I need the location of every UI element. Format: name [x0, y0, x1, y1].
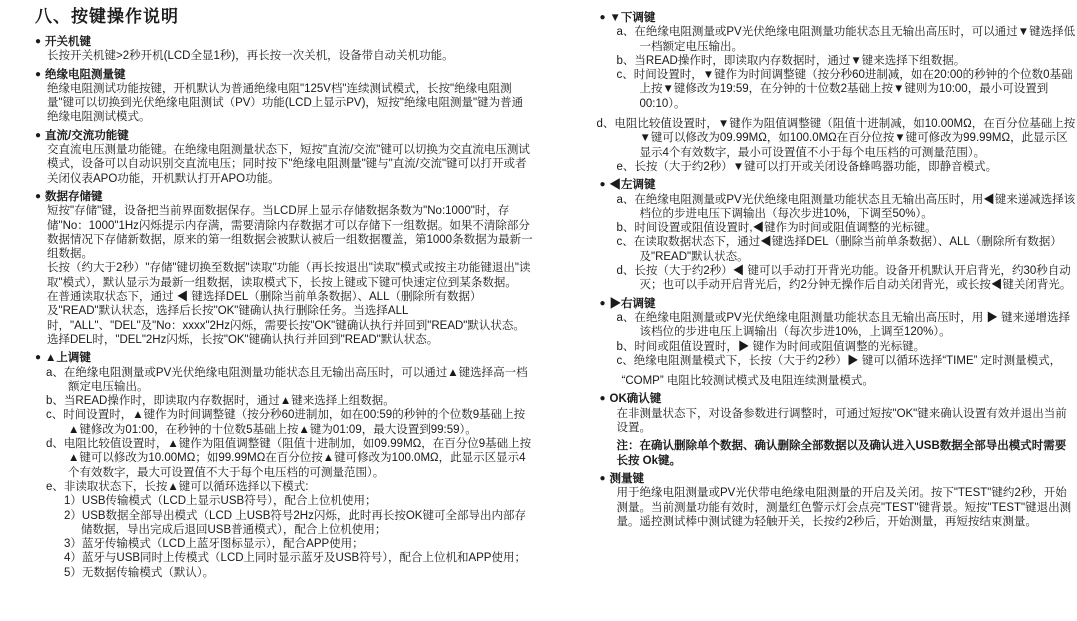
bullet-icon: ● [599, 472, 605, 486]
page-title: 八、按键操作说明 [35, 6, 534, 28]
section-title: 绝缘电阻测量键 [45, 69, 126, 81]
item-prefix: e、 [616, 161, 634, 173]
list-item: b、时间或阻值设置时，▶ 键作为时间或阻值调整的光标键。 [599, 340, 1077, 354]
list-item: e、长按（大于约2秒）▼键可以打开或关闭设备蜂鸣器功能，即静音模式。 [599, 160, 1077, 174]
section: ●测量键用于绝缘电阻测量或PV光伏带电绝缘电阻测量的开启及关闭。按下"TEST"… [599, 472, 1077, 529]
bullet-icon: ● [599, 297, 605, 311]
paragraph: 长按开关机键>2秒开机(LCD全显1秒)，再长按一次关机，设备带自动关机功能。 [35, 49, 534, 63]
paragraph: 在普通读取状态下，通过 ◀ 键选择DEL（删除当前单条数据）、ALL（删除所有数… [35, 290, 534, 347]
item-text: 时间或阻值设置时，▶ 键作为时间或阻值调整的光标键。 [634, 341, 925, 353]
bullet-icon: ● [599, 11, 605, 25]
paragraph: 交直流电压测量功能键。在绝缘电阻测量状态下，短按"直流/交流"键可以切换为交直流… [35, 143, 534, 186]
list-item: a、在绝缘电阻测量或PV光伏绝缘电阻测量功能状态且无输出高压时，用◀键来递减选择… [599, 193, 1077, 222]
list-item: 5）无数据传输模式（默认）。 [35, 566, 534, 580]
item-prefix: b、 [46, 395, 64, 407]
item-text: 在绝缘电阻测量或PV光伏绝缘电阻测量功能状态且无输出高压时，可以通过▲键选择高一… [64, 367, 528, 393]
manual-page: 八、按键操作说明 ●开关机键长按开关机键>2秒开机(LCD全显1秒)，再长按一次… [0, 0, 1077, 621]
item-text: 非读取状态下，长按▲键可以循环选择以下模式: [64, 481, 309, 493]
section: ●数据存储键短按"存储"键，设备把当前界面数据保存。当LCD屏上显示存储数据条数… [35, 190, 534, 347]
section-title: ▼下调键 [610, 12, 656, 24]
section: ●OK确认键在非测量状态下，对设备参数进行调整时，可通过短按"OK"键来确认设置… [599, 392, 1077, 467]
bullet-icon: ● [35, 351, 41, 365]
section-title: 数据存储键 [45, 191, 103, 203]
item-prefix: b、 [616, 341, 634, 353]
note-paragraph: 注：在确认删除单个数据、确认删除全部数据以及确认进入USB数据全部导出模式时需要… [599, 439, 1077, 468]
section-header: ●直流/交流功能键 [35, 129, 534, 143]
item-text: 当READ操作时，即读取内存数据时，通过▼键来选择下组数据。 [634, 55, 965, 67]
item-text: 蓝牙与USB同时上传模式（LCD上同时显示蓝牙及USB符号），配合上位机和APP… [82, 552, 526, 564]
item-text: 无数据传输模式（默认）。 [82, 567, 214, 579]
section: ●▲上调键a、在绝缘电阻测量或PV光伏绝缘电阻测量功能状态且无输出高压时，可以通… [35, 351, 534, 580]
item-text: 长按（大于约2秒）◀ 键可以手动打开背光功能。设备开机默认开启背光，约30秒自动… [634, 265, 1071, 291]
list-item: c、时间设置时，▲键作为时间调整键（按分秒60进制加，如在00:59的秒钟的个位… [35, 408, 534, 437]
section-header: ●OK确认键 [599, 392, 1077, 406]
section-header: ●▶右调键 [599, 297, 1077, 311]
item-text: 蓝牙传输模式（LCD上蓝牙图标显示），配合APP使用； [82, 538, 364, 550]
list-item: d、电阻比较值设置时，▼键作为阻值调整键（阻值十进制减，如10.00MΩ，在百分… [599, 117, 1077, 160]
section-header: ●开关机键 [35, 35, 534, 49]
section: ●▶右调键a、在绝缘电阻测量或PV光伏绝缘电阻测量功能状态且无输出高压时，用 ▶… [599, 297, 1077, 389]
item-text: 电阻比较值设置时，▲键作为阻值调整键（阻值十进制加，如09.99MΩ，在百分位9… [64, 438, 531, 479]
item-prefix: a、 [46, 367, 64, 379]
item-prefix: b、 [616, 222, 634, 234]
item-text: 在绝缘电阻测量或PV光伏绝缘电阻测量功能状态且无输出高压时，可以通过▼键选择低一… [634, 26, 1075, 52]
paragraph: 用于绝缘电阻测量或PV光伏带电绝缘电阻测量的开启及关闭。按下"TEST"键约2秒… [599, 486, 1077, 529]
section-title: ▲上调键 [45, 352, 91, 364]
section: ●◀左调键a、在绝缘电阻测量或PV光伏绝缘电阻测量功能状态且无输出高压时，用◀键… [599, 178, 1077, 292]
item-text: 在绝缘电阻测量或PV光伏绝缘电阻测量功能状态且无输出高压时，用◀键来递减选择该档… [634, 194, 1075, 220]
list-item: b、当READ操作时，即读取内存数据时，通过▼键来选择下组数据。 [599, 54, 1077, 68]
section-title: ◀左调键 [610, 179, 656, 191]
item-text: USB数据全部导出模式（LCD 上USB符号2Hz闪烁，此时再长按OK键可全部导… [81, 510, 526, 536]
section-title: 直流/交流功能键 [45, 130, 129, 142]
bullet-icon: ● [35, 129, 41, 143]
list-item: b、时间设置或阻值设置时,◀键作为时间或阻值调整的光标键。 [599, 221, 1077, 235]
column-right: ●▼下调键a、在绝缘电阻测量或PV光伏绝缘电阻测量功能状态且无输出高压时，可以通… [599, 0, 1077, 529]
bullet-icon: ● [35, 35, 41, 49]
item-prefix: e、 [46, 481, 64, 493]
item-text: 在绝缘电阻测量或PV光伏绝缘电阻测量功能状态且无输出高压时，用 ▶ 键来递增选择… [634, 312, 1070, 338]
item-text: 时间设置或阻值设置时,◀键作为时间或阻值调整的光标键。 [634, 222, 936, 234]
item-prefix: c、 [616, 355, 633, 367]
bullet-icon: ● [35, 68, 41, 82]
item-prefix: d、 [46, 438, 64, 450]
columns-wrapper: 八、按键操作说明 ●开关机键长按开关机键>2秒开机(LCD全显1秒)，再长按一次… [0, 0, 1077, 580]
item-text: 时间设置时，▼键作为时间调整键（按分秒60进制减，如在20:00的秒钟的个位数0… [634, 69, 1073, 110]
section: ●▼下调键a、在绝缘电阻测量或PV光伏绝缘电阻测量功能状态且无输出高压时，可以通… [599, 11, 1077, 174]
section: ●开关机键长按开关机键>2秒开机(LCD全显1秒)，再长按一次关机，设备带自动关… [35, 35, 534, 64]
list-item: b、当READ操作时，即读取内存数据时，通过▲键来选择上组数据。 [35, 394, 534, 408]
list-item: c、在读取数据状态下，通过◀键选择DEL（删除当前单条数据）、ALL（删除所有数… [599, 235, 1077, 264]
section-title: 开关机键 [45, 36, 91, 48]
list-item: d、长按（大于约2秒）◀ 键可以手动打开背光功能。设备开机默认开启背光，约30秒… [599, 264, 1077, 293]
list-item: c、时间设置时，▼键作为时间调整键（按分秒60进制减，如在20:00的秒钟的个位… [599, 68, 1077, 111]
list-item: e、非读取状态下，长按▲键可以循环选择以下模式: [35, 480, 534, 494]
list-item: 2）USB数据全部导出模式（LCD 上USB符号2Hz闪烁，此时再长按OK键可全… [35, 509, 534, 538]
section-header: ●▼下调键 [599, 11, 1077, 25]
list-item: 1）USB传输模式（LCD上显示USB符号），配合上位机使用； [35, 494, 534, 508]
item-prefix: a、 [616, 312, 634, 324]
item-text: USB传输模式（LCD上显示USB符号），配合上位机使用； [82, 495, 377, 507]
section: ●直流/交流功能键交直流电压测量功能键。在绝缘电阻测量状态下，短按"直流/交流"… [35, 129, 534, 186]
item-prefix: 3） [64, 538, 82, 550]
section-header: ●测量键 [599, 472, 1077, 486]
section-header: ●数据存储键 [35, 190, 534, 204]
item-prefix: d、 [616, 265, 634, 277]
item-prefix: 1） [64, 495, 82, 507]
section-header: ●◀左调键 [599, 178, 1077, 192]
item-text: 时间设置时，▲键作为时间调整键（按分秒60进制加，如在00:59的秒钟的个位数9… [63, 409, 525, 435]
paragraph: 在非测量状态下，对设备参数进行调整时，可通过短按"OK"键来确认设置有效并退出当… [599, 407, 1077, 436]
item-prefix: c、 [616, 69, 633, 81]
list-item: a、在绝缘电阻测量或PV光伏绝缘电阻测量功能状态且无输出高压时，用 ▶ 键来递增… [599, 311, 1077, 340]
section-title: ▶右调键 [610, 298, 656, 310]
item-text: 绝缘电阻测量模式下，长按（大于约2秒）▶ 键可以循环选择“TIME” 定时测量模… [634, 355, 1061, 367]
section-header: ●▲上调键 [35, 351, 534, 365]
item-text: 电阻比较值设置时，▼键作为阻值调整键（阻值十进制减，如10.00MΩ，在百分位基… [614, 118, 1075, 159]
paragraph: “COMP” 电阻比较测试模式及电阻连续测量模式。 [599, 374, 1077, 388]
section-header: ●绝缘电阻测量键 [35, 68, 534, 82]
item-prefix: 2） [64, 510, 82, 522]
paragraph: 绝缘电阻测试功能按键，开机默认为普通绝缘电阻"125V档"连续测试模式，长按"绝… [35, 82, 534, 125]
column-left: 八、按键操作说明 ●开关机键长按开关机键>2秒开机(LCD全显1秒)，再长按一次… [35, 0, 534, 580]
list-item: 4）蓝牙与USB同时上传模式（LCD上同时显示蓝牙及USB符号），配合上位机和A… [35, 551, 534, 565]
item-prefix: 5） [64, 567, 82, 579]
section-title: OK确认键 [610, 393, 662, 405]
list-item: a、在绝缘电阻测量或PV光伏绝缘电阻测量功能状态且无输出高压时，可以通过▼键选择… [599, 25, 1077, 54]
list-item: d、电阻比较值设置时，▲键作为阻值调整键（阻值十进制加，如09.99MΩ，在百分… [35, 437, 534, 480]
paragraph: 长按（约大于2秒）"存储"键切换至数据"读取"功能（再长按退出"读取"模式或按主… [35, 261, 534, 290]
item-prefix: a、 [616, 26, 634, 38]
item-text: 当READ操作时，即读取内存数据时，通过▲键来选择上组数据。 [64, 395, 395, 407]
item-prefix: c、 [616, 236, 633, 248]
bullet-icon: ● [35, 190, 41, 204]
list-item: 3）蓝牙传输模式（LCD上蓝牙图标显示），配合APP使用； [35, 537, 534, 551]
bullet-icon: ● [599, 178, 605, 192]
item-prefix: d、 [596, 118, 614, 130]
item-text: 长按（大于约2秒）▼键可以打开或关闭设备蜂鸣器功能，即静音模式。 [634, 161, 997, 173]
item-text: 在读取数据状态下，通过◀键选择DEL（删除当前单条数据）、ALL（删除所有数据）… [634, 236, 1062, 262]
item-prefix: b、 [616, 55, 634, 67]
list-item: a、在绝缘电阻测量或PV光伏绝缘电阻测量功能状态且无输出高压时，可以通过▲键选择… [35, 366, 534, 395]
item-prefix: 4） [64, 552, 82, 564]
item-prefix: a、 [616, 194, 634, 206]
section: ●绝缘电阻测量键绝缘电阻测试功能按键，开机默认为普通绝缘电阻"125V档"连续测… [35, 68, 534, 125]
bullet-icon: ● [599, 392, 605, 406]
paragraph: 短按"存储"键，设备把当前界面数据保存。当LCD屏上显示存储数据条数为"No:1… [35, 204, 534, 261]
section-title: 测量键 [610, 473, 645, 485]
item-prefix: c、 [46, 409, 63, 421]
list-item: c、绝缘电阻测量模式下，长按（大于约2秒）▶ 键可以循环选择“TIME” 定时测… [599, 354, 1077, 368]
